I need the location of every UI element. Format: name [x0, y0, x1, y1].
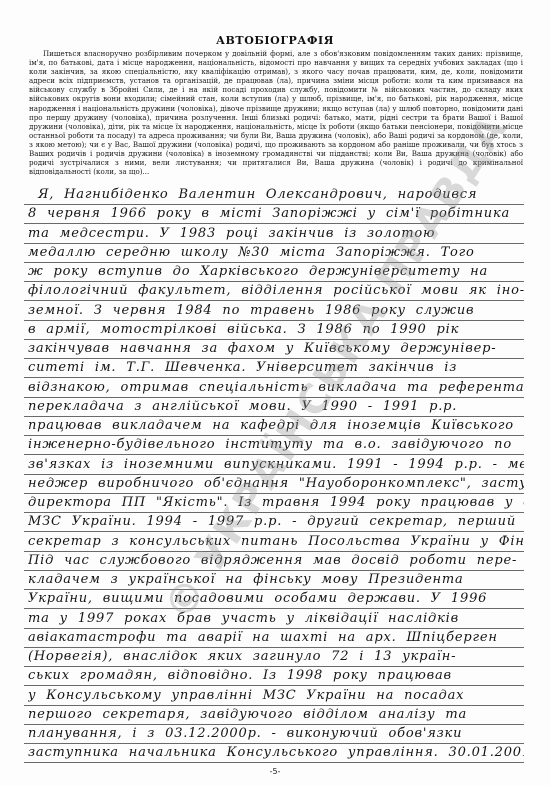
- handwritten-line: заступника начальника Консульського упра…: [28, 745, 524, 760]
- ruled-line: заступника начальника Консульського упра…: [24, 739, 524, 763]
- page-number: -5-: [0, 767, 550, 776]
- document-title: АВТОБІОГРАФІЯ: [0, 34, 550, 47]
- document-page: АВТОБІОГРАФІЯ Пишеться власноручно розбі…: [0, 0, 550, 785]
- printed-instructions: Пишеться власноручно розбірливим почерко…: [29, 49, 523, 176]
